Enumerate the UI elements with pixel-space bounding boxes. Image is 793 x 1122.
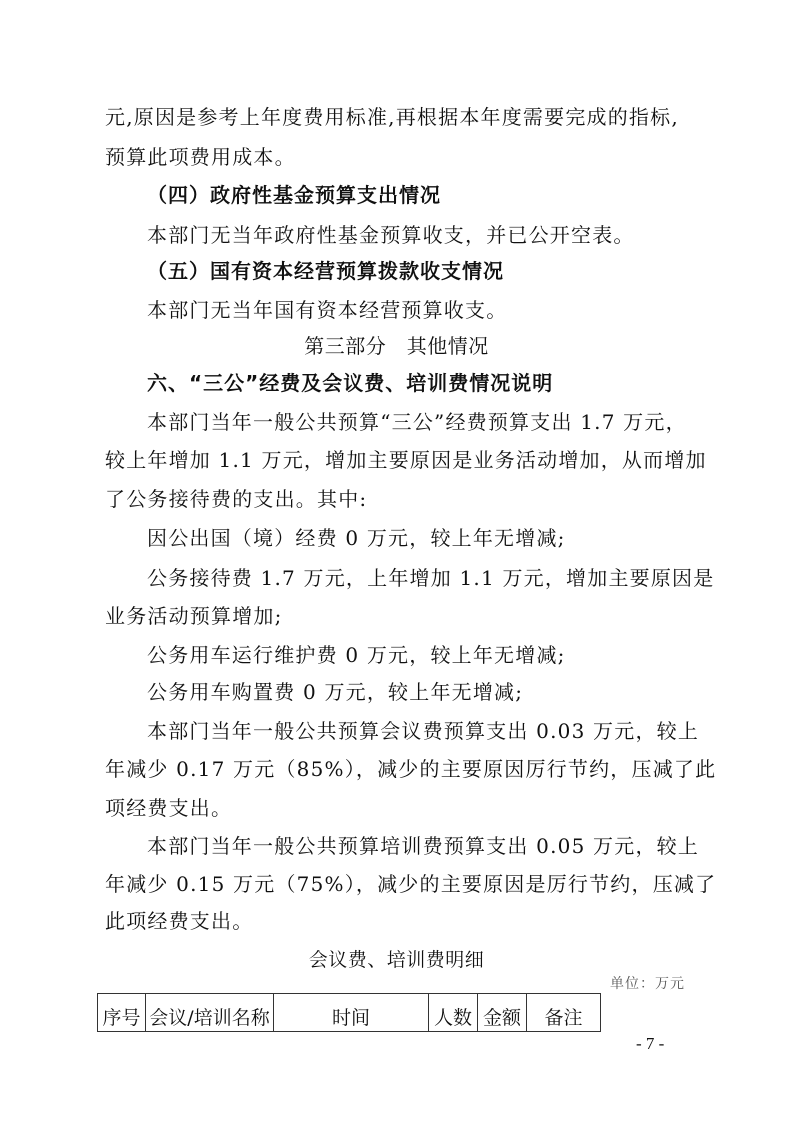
- paragraph-line: 本部门当年一般公共预算培训费预算支出 0.05 万元，较上: [147, 834, 737, 858]
- header-amount: 金额: [478, 994, 527, 1032]
- header-remarks: 备注: [527, 994, 601, 1032]
- page-number: - 7 -: [636, 1034, 664, 1054]
- header-people: 人数: [429, 994, 478, 1032]
- header-index: 序号: [98, 994, 146, 1032]
- paragraph-line: 年减少 0.15 万元（75%），减少的主要原因是厉行节约，压减了: [105, 872, 695, 896]
- paragraph-line: 本部门当年一般公共预算会议费预算支出 0.03 万元，较上: [147, 719, 737, 743]
- paragraph-line: 项经费支出。: [105, 796, 695, 820]
- section-heading: 六、“三公”经费及会议费、培训费情况说明: [147, 371, 737, 395]
- section-heading: （五）国有资本经营预算拨款收支情况: [147, 259, 737, 283]
- paragraph-line: 较上年增加 1.1 万元，增加主要原因是业务活动增加，从而增加: [105, 448, 695, 472]
- paragraph-line: 本部门当年一般公共预算“三公”经费预算支出 1.7 万元，: [147, 410, 737, 434]
- paragraph-line: 公务用车运行维护费 0 万元，较上年无增减;: [147, 643, 737, 667]
- paragraph-line: 此项经费支出。: [105, 909, 695, 933]
- table-title: 会议费、培训费明细: [0, 948, 793, 972]
- part-title: 第三部分 其他情况: [0, 334, 793, 358]
- paragraph-line: 年减少 0.17 万元（85%），减少的主要原因厉行节约，压减了此: [105, 757, 695, 781]
- meeting-training-table: 序号 会议/培训名称 时间 人数 金额 备注: [97, 993, 601, 1032]
- paragraph-line: 了公务接待费的支出。其中:: [105, 487, 695, 511]
- paragraph-line: 本部门无当年国有资本经营预算收支。: [147, 298, 737, 322]
- header-name: 会议/培训名称: [146, 994, 274, 1032]
- paragraph-line: 公务接待费 1.7 万元，上年增加 1.1 万元，增加主要原因是: [147, 566, 737, 590]
- table-header-row: 序号 会议/培训名称 时间 人数 金额 备注: [98, 994, 601, 1032]
- paragraph-line: 因公出国（境）经费 0 万元，较上年无增减;: [147, 526, 737, 550]
- header-time: 时间: [274, 994, 429, 1032]
- paragraph-line: 公务用车购置费 0 万元，较上年无增减;: [147, 680, 737, 704]
- paragraph-line: 本部门无当年政府性基金预算收支，并已公开空表。: [147, 223, 737, 247]
- paragraph-line: 元,原因是参考上年度费用标准,再根据本年度需要完成的指标,: [105, 105, 695, 129]
- paragraph-line: 预算此项费用成本。: [105, 145, 695, 169]
- unit-label: 单位：万元: [610, 973, 685, 993]
- section-heading: （四）政府性基金预算支出情况: [147, 183, 737, 207]
- paragraph-line: 业务活动预算增加;: [105, 604, 695, 628]
